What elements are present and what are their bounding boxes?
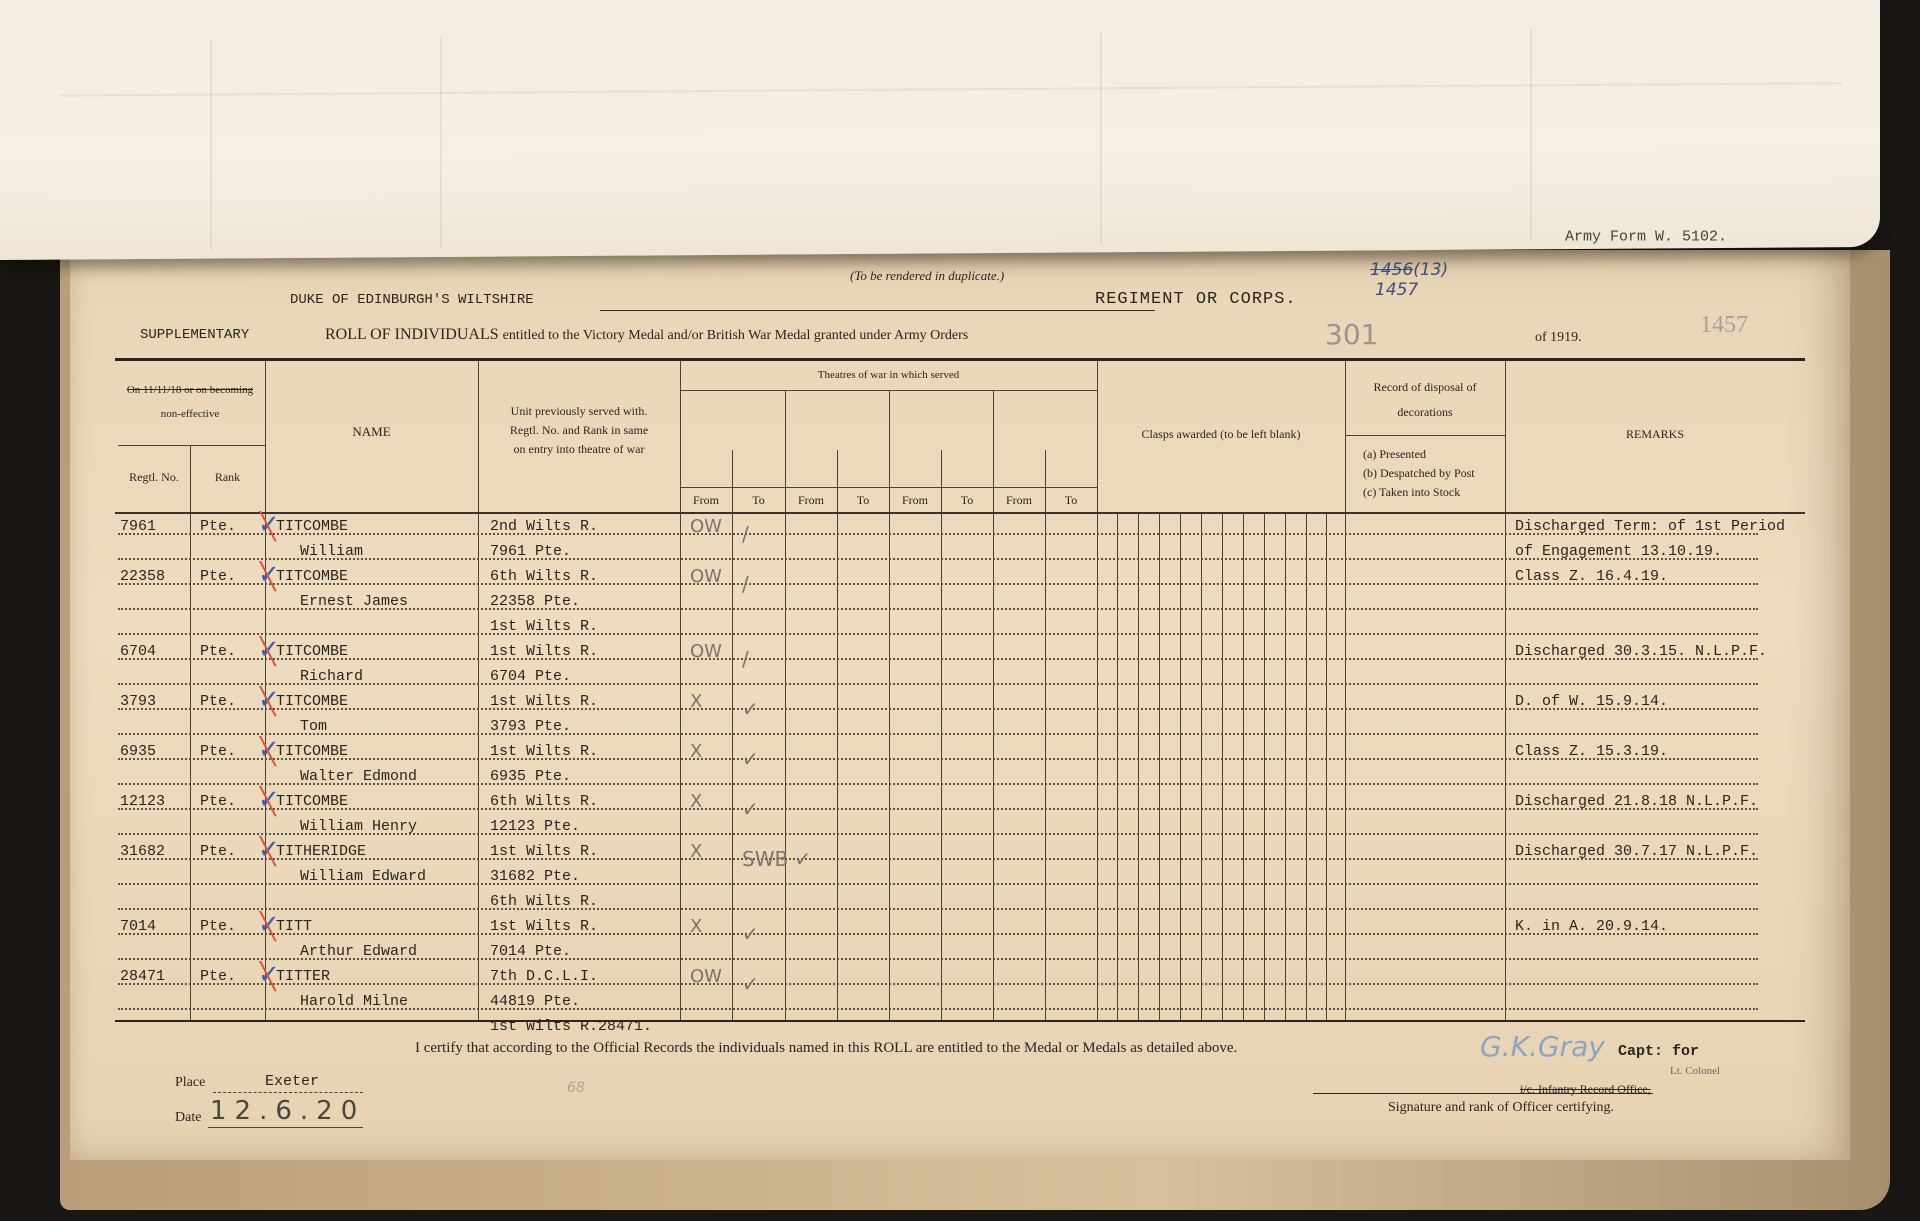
unit-served: 31682 Pte. — [490, 868, 580, 885]
certification-text: I certify that according to the Official… — [415, 1040, 1237, 1057]
row-dotted-line — [118, 558, 1758, 560]
unit-served: 6th Wilts R. — [490, 793, 598, 810]
surname: TITCOMBE — [276, 643, 348, 660]
regtl-number: 7961 — [120, 518, 156, 535]
header-disposal-options: (a) Presented(b) Despatched by Post(c) T… — [1363, 445, 1475, 502]
red-cross-icon: ╲ — [260, 964, 276, 990]
header-to: To — [1045, 488, 1097, 512]
remark: Discharged 30.7.17 N.L.P.F. — [1515, 843, 1758, 860]
clasp-line — [1201, 512, 1202, 1020]
header-from: From — [785, 488, 837, 512]
regtl-number: 28471 — [120, 968, 165, 985]
clasp-line — [1243, 512, 1244, 1020]
row-dotted-line — [118, 633, 1758, 635]
col-line — [785, 390, 786, 1020]
unit-served: 22358 Pte. — [490, 593, 580, 610]
unit-served: 1st Wilts R. — [490, 843, 598, 860]
row-dotted-line — [118, 583, 1758, 585]
regiment-name: DUKE OF EDINBURGH'S WILTSHIRE — [290, 292, 534, 308]
clasp-line — [1326, 512, 1327, 1020]
date-value: 12.6.20 — [210, 1096, 365, 1126]
remark: Class Z. 15.3.19. — [1515, 743, 1668, 760]
header-disposal: Record of disposal ofdecorations — [1345, 375, 1505, 425]
surname: TITHERIDGE — [276, 843, 366, 860]
row-dotted-line — [118, 758, 1758, 760]
regtl-number: 31682 — [120, 843, 165, 860]
rank: Pte. — [200, 843, 236, 860]
col-line — [680, 360, 681, 1020]
row-dotted-line — [118, 683, 1758, 685]
unit-served: 7th D.C.L.I. — [490, 968, 598, 985]
red-cross-icon: ╲ — [260, 639, 276, 665]
header-from: From — [993, 488, 1045, 512]
red-cross-icon: ╲ — [260, 739, 276, 765]
record-office: i/c. Infantry Record Office, — [1520, 1082, 1651, 1097]
unit-served: 1st Wilts R. — [490, 743, 598, 760]
surname: TITT — [276, 918, 312, 935]
header-from: From — [680, 488, 732, 512]
col-line — [1505, 360, 1506, 1020]
regtl-number: 6704 — [120, 643, 156, 660]
theatre-to: ✓ — [742, 972, 759, 996]
row-dotted-line — [118, 708, 1758, 710]
remark: Discharged Term: of 1st Period — [1515, 518, 1785, 535]
surname: TITCOMBE — [276, 693, 348, 710]
unit-served: 1st Wilts R. — [490, 618, 598, 635]
theatre-from: X — [690, 741, 702, 762]
rank: Pte. — [200, 743, 236, 760]
unit-served: 2nd Wilts R. — [490, 518, 598, 535]
theatre-to: SWB ✓ — [742, 847, 811, 871]
clasp-line — [1222, 512, 1223, 1020]
ref-number: 1456(13) — [1370, 260, 1448, 280]
unit-served: 1st Wilts R. — [490, 693, 598, 710]
unit-served: 7014 Pte. — [490, 943, 571, 960]
row-dotted-line — [118, 808, 1758, 810]
ref-number-new: 1457 — [1375, 280, 1418, 300]
header-from: From — [889, 488, 941, 512]
clasp-line — [1180, 512, 1181, 1020]
theatre-to: ✓ — [742, 697, 759, 721]
clasp-line — [1264, 512, 1265, 1020]
header-to: To — [732, 488, 785, 512]
header-to: To — [837, 488, 889, 512]
unit-served: 6th Wilts R. — [490, 893, 598, 910]
unit-served: 12123 Pte. — [490, 818, 580, 835]
theatre-from: X — [690, 841, 702, 862]
forenames: William Edward — [300, 868, 426, 885]
regtl-number: 7014 — [120, 918, 156, 935]
lt-colonel-stamp: Lt. Colonel — [1670, 1065, 1720, 1077]
table-bottom-rule — [115, 1020, 1805, 1022]
header-theatres: Theatres of war in which served — [680, 363, 1097, 387]
row-dotted-line — [118, 658, 1758, 660]
unit-served: 44819 Pte. — [490, 993, 580, 1010]
row-dotted-line — [118, 983, 1758, 985]
clasp-line — [1138, 512, 1139, 1020]
header-bottom-rule — [115, 512, 1805, 514]
theatre-from: OW — [690, 966, 722, 987]
unit-served: 7961 Pte. — [490, 543, 571, 560]
regtl-number: 6935 — [120, 743, 156, 760]
signature-caption: Signature and rank of Officer certifying… — [1388, 1100, 1614, 1116]
row-dotted-line — [118, 933, 1758, 935]
col-line — [993, 390, 994, 1020]
theatre-to: / — [742, 572, 749, 596]
header-effective: On 11/11/18 or on becoming — [115, 378, 265, 402]
header-clasps: Clasps awarded (to be left blank) — [1097, 422, 1345, 446]
header-rule — [680, 390, 1097, 391]
red-cross-icon: ╲ — [260, 839, 276, 865]
unit-served: 3793 Pte. — [490, 718, 571, 735]
theatre-from: OW — [690, 641, 722, 662]
unit-served: 1st Wilts R. — [490, 643, 598, 660]
regiment-underline — [600, 310, 1155, 311]
red-cross-icon: ╲ — [260, 689, 276, 715]
clasp-line — [1306, 512, 1307, 1020]
forenames: Ernest James — [300, 593, 408, 610]
forenames: Richard — [300, 668, 363, 685]
turned-page: Army Form W. 5102. — [0, 0, 1880, 260]
forenames: William Henry — [300, 818, 417, 835]
unit-served: 6704 Pte. — [490, 668, 571, 685]
row-dotted-line — [118, 533, 1758, 535]
roll-title: ROLL OF INDIVIDUALS entitled to the Vict… — [325, 326, 968, 344]
header-rule — [118, 445, 265, 446]
theatre-from: OW — [690, 566, 722, 587]
forenames: Harold Milne — [300, 993, 408, 1010]
officer-signature: G.K.Gray — [1480, 1030, 1605, 1063]
theatre-from: X — [690, 691, 702, 712]
header-rule — [1345, 435, 1505, 436]
header-remarks: REMARKS — [1505, 422, 1805, 446]
remark: K. in A. 20.9.14. — [1515, 918, 1668, 935]
forenames: William — [300, 543, 363, 560]
clasp-line — [1159, 512, 1160, 1020]
theatre-to: / — [742, 522, 749, 546]
header-effective-2: non-effective — [115, 402, 265, 426]
col-line — [1345, 360, 1346, 1020]
col-line — [889, 390, 890, 1020]
rank: Pte. — [200, 793, 236, 810]
surname: TITCOMBE — [276, 568, 348, 585]
rank: Pte. — [200, 918, 236, 935]
remark: D. of W. 15.9.14. — [1515, 693, 1668, 710]
forenames: Tom — [300, 718, 327, 735]
clasp-line — [1285, 512, 1286, 1020]
theatre-from: X — [690, 791, 702, 812]
army-form-number: Army Form W. 5102. — [1565, 229, 1727, 246]
remark: Class Z. 16.4.19. — [1515, 568, 1668, 585]
surname: TITCOMBE — [276, 518, 348, 535]
page-stamp: 1457 — [1700, 312, 1748, 339]
remark: Discharged 30.3.15. N.L.P.F. — [1515, 643, 1767, 660]
army-order-number: 301 — [1325, 318, 1378, 351]
theatre-to: ✓ — [742, 747, 759, 771]
red-cross-icon: ╲ — [260, 514, 276, 540]
place-label: Place — [175, 1075, 205, 1091]
row-dotted-line — [118, 908, 1758, 910]
red-cross-icon: ╲ — [260, 789, 276, 815]
regtl-number: 12123 — [120, 793, 165, 810]
regtl-number: 3793 — [120, 693, 156, 710]
forenames: Arthur Edward — [300, 943, 417, 960]
place-line — [213, 1092, 363, 1093]
red-cross-icon: ╲ — [260, 914, 276, 940]
col-line — [478, 360, 479, 1020]
theatre-to: ✓ — [742, 922, 759, 946]
rank: Pte. — [200, 968, 236, 985]
pencil-note: 68 — [567, 1080, 585, 1096]
date-label: Date — [175, 1110, 201, 1126]
supplementary-label: SUPPLEMENTARY — [140, 327, 249, 343]
year-label: of 1919. — [1535, 330, 1582, 346]
header-unit: Unit previously served with.Regtl. No. a… — [478, 402, 680, 459]
date-line — [208, 1127, 363, 1128]
surname: TITCOMBE — [276, 743, 348, 760]
remark: of Engagement 13.10.19. — [1515, 543, 1722, 560]
header-regtl-no: Regtl. No. — [118, 465, 190, 489]
medal-roll-page: (To be rendered in duplicate.) 1456(13) … — [70, 250, 1850, 1160]
unit-served: 6935 Pte. — [490, 768, 571, 785]
regiment-suffix: REGIMENT OR CORPS. — [1095, 290, 1297, 309]
theatre-from: OW — [690, 516, 722, 537]
unit-served: 6th Wilts R. — [490, 568, 598, 585]
rank: Pte. — [200, 643, 236, 660]
place-value: Exeter — [265, 1073, 319, 1090]
unit-served: 1st Wilts R. — [490, 918, 598, 935]
rank: Pte. — [200, 693, 236, 710]
regtl-number: 22358 — [120, 568, 165, 585]
theatre-from: X — [690, 916, 702, 937]
red-cross-icon: ╲ — [260, 564, 276, 590]
surname: TITTER — [276, 968, 330, 985]
header-top-rule — [115, 358, 1805, 361]
theatre-to: / — [742, 647, 749, 671]
rank: Pte. — [200, 568, 236, 585]
theatre-to: ✓ — [742, 797, 759, 821]
row-dotted-line — [118, 733, 1758, 735]
clasp-line — [1117, 512, 1118, 1020]
officer-rank: Capt: for — [1618, 1043, 1699, 1060]
col-line — [1097, 360, 1098, 1020]
header-rank: Rank — [190, 465, 265, 489]
header-to: To — [941, 488, 993, 512]
remark: Discharged 21.8.18 N.L.P.F. — [1515, 793, 1758, 810]
rank: Pte. — [200, 518, 236, 535]
header-name: NAME — [265, 420, 478, 444]
duplicate-note: (To be rendered in duplicate.) — [850, 268, 1004, 284]
surname: TITCOMBE — [276, 793, 348, 810]
forenames: Walter Edmond — [300, 768, 417, 785]
